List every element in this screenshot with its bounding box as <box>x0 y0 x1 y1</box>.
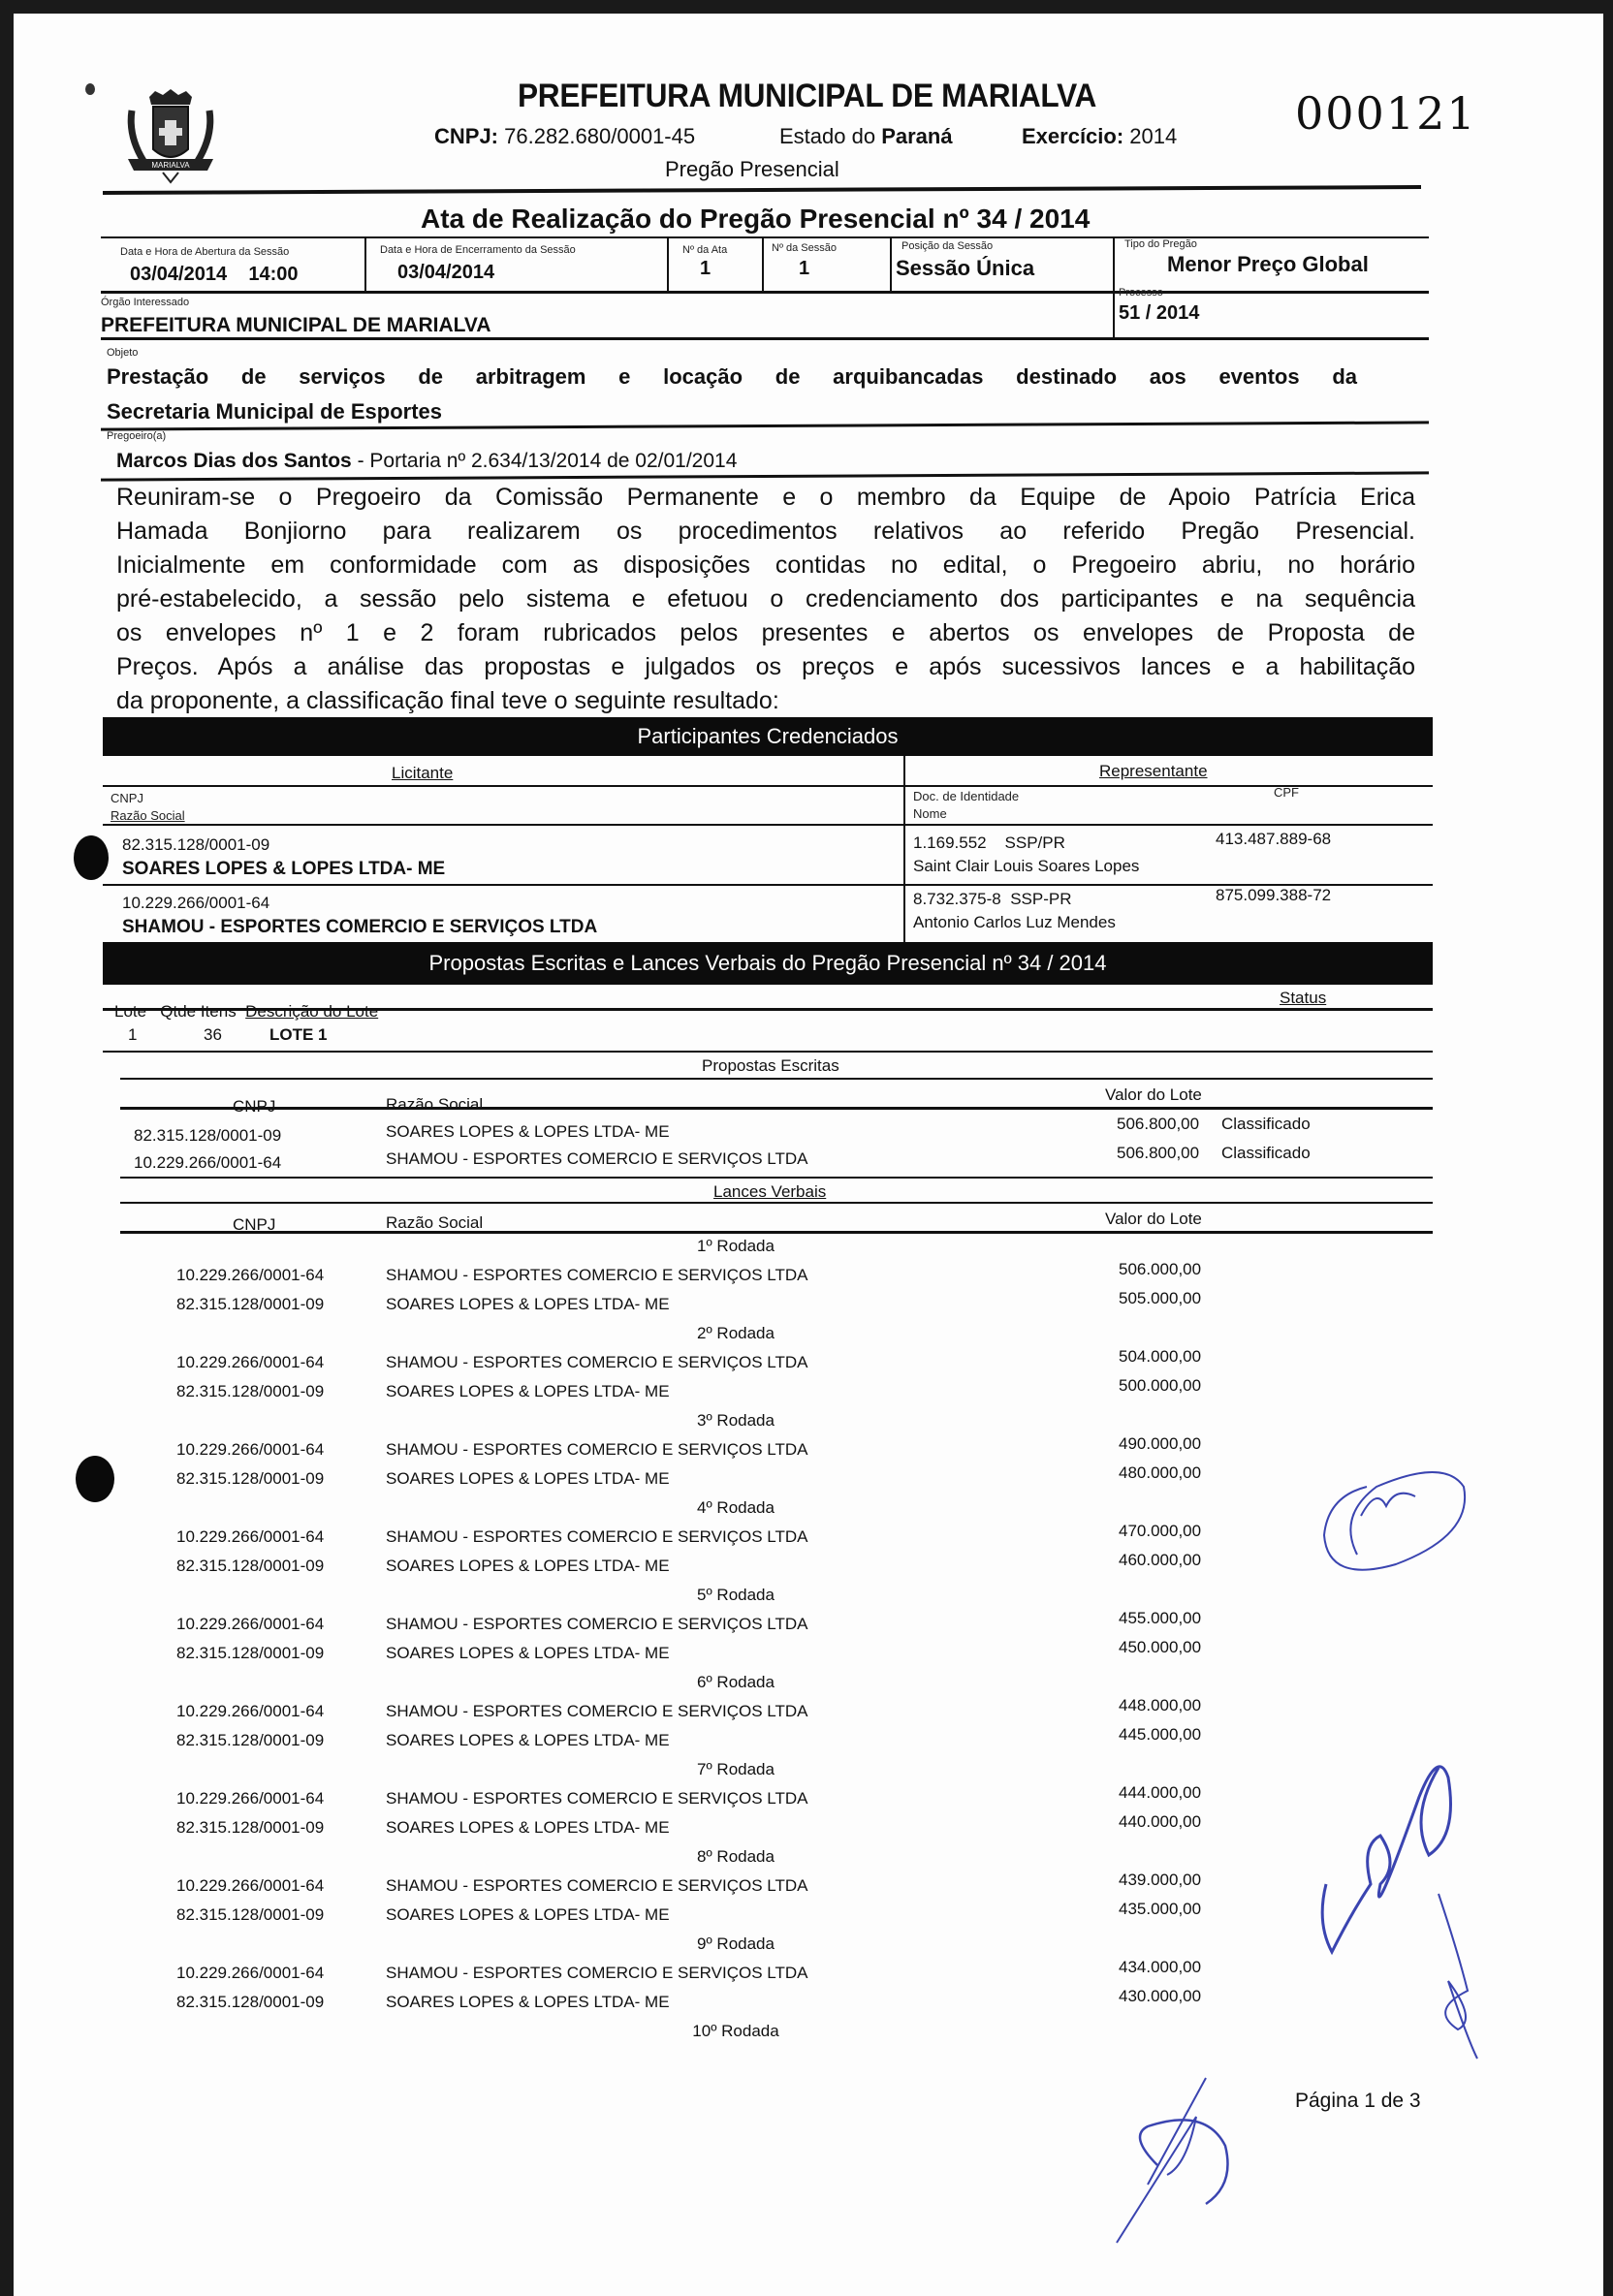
status-badge: Classificado <box>1221 1115 1311 1134</box>
objeto-line-2: Secretaria Municipal de Esportes <box>107 399 442 425</box>
pregoeiro-portaria: - Portaria nº 2.634/13/2014 de 02/01/201… <box>352 450 738 472</box>
rodada-label: 2º Rodada <box>639 1324 833 1343</box>
page-stamp-number: 000121 <box>1295 87 1477 140</box>
lote-descricao: LOTE 1 <box>269 1025 328 1045</box>
document-page: MARIALVA PREFEITURA MUNICIPAL DE MARIALV… <box>14 14 1603 2296</box>
punch-hole <box>76 1456 114 1502</box>
estado-line: Estado do Paraná <box>779 124 953 149</box>
rodada-label: 8º Rodada <box>639 1847 833 1867</box>
status-badge: Classificado <box>1221 1144 1311 1163</box>
rodada-label: 5º Rodada <box>639 1586 833 1605</box>
punch-hole <box>74 835 109 880</box>
lote-qtde: 36 <box>204 1025 222 1045</box>
lote-headers: Lote Qtde Itens Descrição do Lote <box>114 1002 378 1022</box>
signature-1-icon <box>1309 1458 1483 1593</box>
signature-3-icon <box>1109 2059 1283 2252</box>
rodada-label: 9º Rodada <box>639 1934 833 1954</box>
num-ata: 1 <box>700 258 711 280</box>
abertura-data: 03/04/2014 14:00 <box>130 264 299 286</box>
exercicio-value: 2014 <box>1129 124 1177 148</box>
rodada-label: 1º Rodada <box>639 1237 833 1256</box>
svg-text:MARIALVA: MARIALVA <box>151 161 190 170</box>
header-divider <box>103 185 1421 195</box>
modalidade: Pregão Presencial <box>665 157 839 182</box>
num-sessao: 1 <box>799 258 809 280</box>
signature-2-icon <box>1313 1739 1506 2068</box>
rodada-label: 7º Rodada <box>639 1760 833 1779</box>
rodada-label: 4º Rodada <box>639 1498 833 1518</box>
participantes-header: Participantes Credenciados <box>103 717 1433 756</box>
page-number: Página 1 de 3 <box>1295 2090 1421 2113</box>
rodada-label: 10º Rodada <box>639 2022 833 2041</box>
orgao-interessado: PREFEITURA MUNICIPAL DE MARIALVA <box>101 314 491 337</box>
pregoeiro-nome: Marcos Dias dos Santos <box>116 450 352 472</box>
encerramento-data: 03/04/2014 <box>397 262 494 284</box>
municipality-title: PREFEITURA MUNICIPAL DE MARIALVA <box>518 78 1096 115</box>
cnpj-label: CNPJ: <box>434 124 498 148</box>
rodada-label: 6º Rodada <box>639 1673 833 1692</box>
exercicio-line: Exercício: 2014 <box>1022 124 1177 149</box>
tipo-pregao: Menor Preço Global <box>1167 252 1369 277</box>
cnpj-value: 76.282.680/0001-45 <box>504 124 695 148</box>
rodada-label: 3º Rodada <box>639 1411 833 1431</box>
body-paragraph: Reuniram-se o Pregoeiro da Comissão Perm… <box>116 481 1415 718</box>
ata-title: Ata de Realização do Pregão Presencial n… <box>421 204 1090 235</box>
processo: 51 / 2014 <box>1119 302 1199 325</box>
objeto-line-1: Prestação de serviços de arbitragem e lo… <box>107 364 1357 390</box>
propostas-header: Propostas Escritas e Lances Verbais do P… <box>103 942 1433 985</box>
lote-number: 1 <box>128 1025 137 1045</box>
cnpj-line: CNPJ: 76.282.680/0001-45 <box>434 124 695 149</box>
pregoeiro: Marcos Dias dos Santos - Portaria nº 2.6… <box>116 450 737 473</box>
estado-value: Paraná <box>881 124 952 148</box>
scan-dot <box>85 83 95 95</box>
municipal-coat-of-arms-icon: MARIALVA <box>120 87 221 188</box>
posicao-sessao: Sessão Única <box>896 256 1034 281</box>
